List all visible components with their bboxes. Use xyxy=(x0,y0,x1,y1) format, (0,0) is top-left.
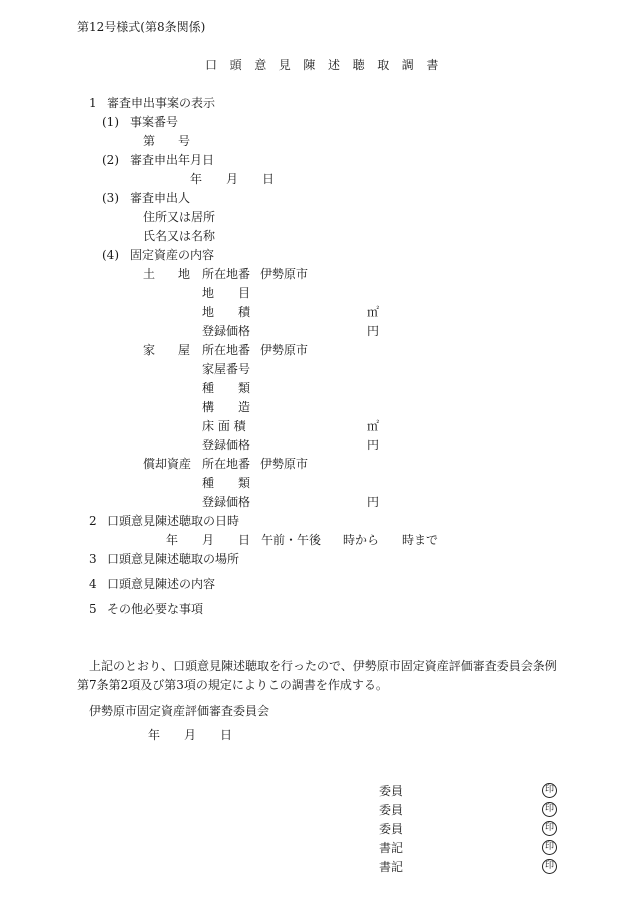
land-location-label: 所在地番 xyxy=(202,267,250,281)
seal-icon: 印 xyxy=(542,840,557,855)
applicant-address-label: 住所又は居所 xyxy=(143,210,215,224)
signature-role-2: 委員 xyxy=(379,803,403,817)
house-structure-b: 造 xyxy=(238,400,250,414)
land-area-b: 積 xyxy=(238,305,250,319)
house-location-label: 所在地番 xyxy=(202,343,250,357)
house-floor-area-label: 床 面 積 xyxy=(202,419,246,433)
closing-year: 年 xyxy=(148,728,160,742)
fixed-asset-label: 固定資産の内容 xyxy=(130,248,214,262)
house-location-value: 伊勢原市 xyxy=(260,343,308,357)
house-category-b: 屋 xyxy=(178,343,190,357)
hearing-from: 時から xyxy=(343,533,379,547)
depreciable-category: 償却資産 xyxy=(143,457,191,471)
hearing-to: 時まで xyxy=(402,533,438,547)
land-area-unit: ㎡ xyxy=(367,305,379,319)
land-category-a: 土 xyxy=(143,267,155,281)
case-number-label: 事案番号 xyxy=(130,115,178,129)
land-category-b: 地 xyxy=(178,267,190,281)
hearing-month: 月 xyxy=(202,533,214,547)
signature-role-5: 書記 xyxy=(379,860,403,874)
land-price-unit: 円 xyxy=(367,324,379,338)
section1-number: 1 xyxy=(89,96,97,110)
seal-icon: 印 xyxy=(542,802,557,817)
closing-line-2: 第7条第2項及び第3項の規定によりこの調書を作成する。 xyxy=(77,678,388,692)
closing-day: 日 xyxy=(220,728,232,742)
land-chimoku-a: 地 xyxy=(202,286,214,300)
signature-role-4: 書記 xyxy=(379,841,403,855)
land-chimoku-b: 目 xyxy=(238,286,250,300)
house-kind-a: 種 xyxy=(202,381,214,395)
depreciable-price-label: 登録価格 xyxy=(202,495,250,509)
closing-month: 月 xyxy=(184,728,196,742)
section3-heading: 口頭意見陳述聴取の場所 xyxy=(107,552,239,566)
seal-icon: 印 xyxy=(542,821,557,836)
section1-heading: 審査申出事案の表示 xyxy=(107,96,215,110)
land-area-a: 地 xyxy=(202,305,214,319)
section2-heading: 口頭意見陳述聴取の日時 xyxy=(107,514,239,528)
filing-date-day: 日 xyxy=(262,172,274,186)
hearing-day: 日 xyxy=(238,533,250,547)
closing-line-1: 上記のとおり、口頭意見陳述聴取を行ったので、伊勢原市固定資産評価審査委員会条例 xyxy=(89,659,557,673)
land-location-value: 伊勢原市 xyxy=(260,267,308,281)
house-price-unit: 円 xyxy=(367,438,379,452)
depreciable-kind-a: 種 xyxy=(202,476,214,490)
document-title: 口頭意見陳述聴取調書 xyxy=(205,58,451,72)
hearing-ampm: 午前・午後 xyxy=(261,533,321,547)
filing-date-year: 年 xyxy=(190,172,202,186)
form-number: 第12号様式(第8条関係) xyxy=(77,20,205,34)
section5-number: 5 xyxy=(89,602,97,616)
item4-number: (4) xyxy=(102,248,119,262)
section2-number: 2 xyxy=(89,514,97,528)
house-number-label: 家屋番号 xyxy=(202,362,250,376)
item1-number: (1) xyxy=(102,115,119,129)
depreciable-price-unit: 円 xyxy=(367,495,379,509)
filing-date-month: 月 xyxy=(226,172,238,186)
case-number-go: 号 xyxy=(178,134,190,148)
depreciable-location-value: 伊勢原市 xyxy=(260,457,308,471)
hearing-year: 年 xyxy=(166,533,178,547)
signature-role-3: 委員 xyxy=(379,822,403,836)
house-price-label: 登録価格 xyxy=(202,438,250,452)
depreciable-kind-b: 類 xyxy=(238,476,250,490)
applicant-name-label: 氏名又は名称 xyxy=(143,229,215,243)
seal-icon: 印 xyxy=(542,783,557,798)
item2-number: (2) xyxy=(102,153,119,167)
house-structure-a: 構 xyxy=(202,400,214,414)
land-price-label: 登録価格 xyxy=(202,324,250,338)
seal-icon: 印 xyxy=(542,859,557,874)
section4-heading: 口頭意見陳述の内容 xyxy=(107,577,215,591)
filing-date-label: 審査申出年月日 xyxy=(130,153,214,167)
case-number-dai: 第 xyxy=(143,134,155,148)
section3-number: 3 xyxy=(89,552,97,566)
section5-heading: その他必要な事項 xyxy=(107,602,203,616)
item3-number: (3) xyxy=(102,191,119,205)
committee-name: 伊勢原市固定資産評価審査委員会 xyxy=(89,704,269,718)
depreciable-location-label: 所在地番 xyxy=(202,457,250,471)
house-kind-b: 類 xyxy=(238,381,250,395)
signature-role-1: 委員 xyxy=(379,784,403,798)
house-floor-area-unit: ㎡ xyxy=(367,419,379,433)
house-category-a: 家 xyxy=(143,343,155,357)
applicant-label: 審査申出人 xyxy=(130,191,190,205)
section4-number: 4 xyxy=(89,577,97,591)
